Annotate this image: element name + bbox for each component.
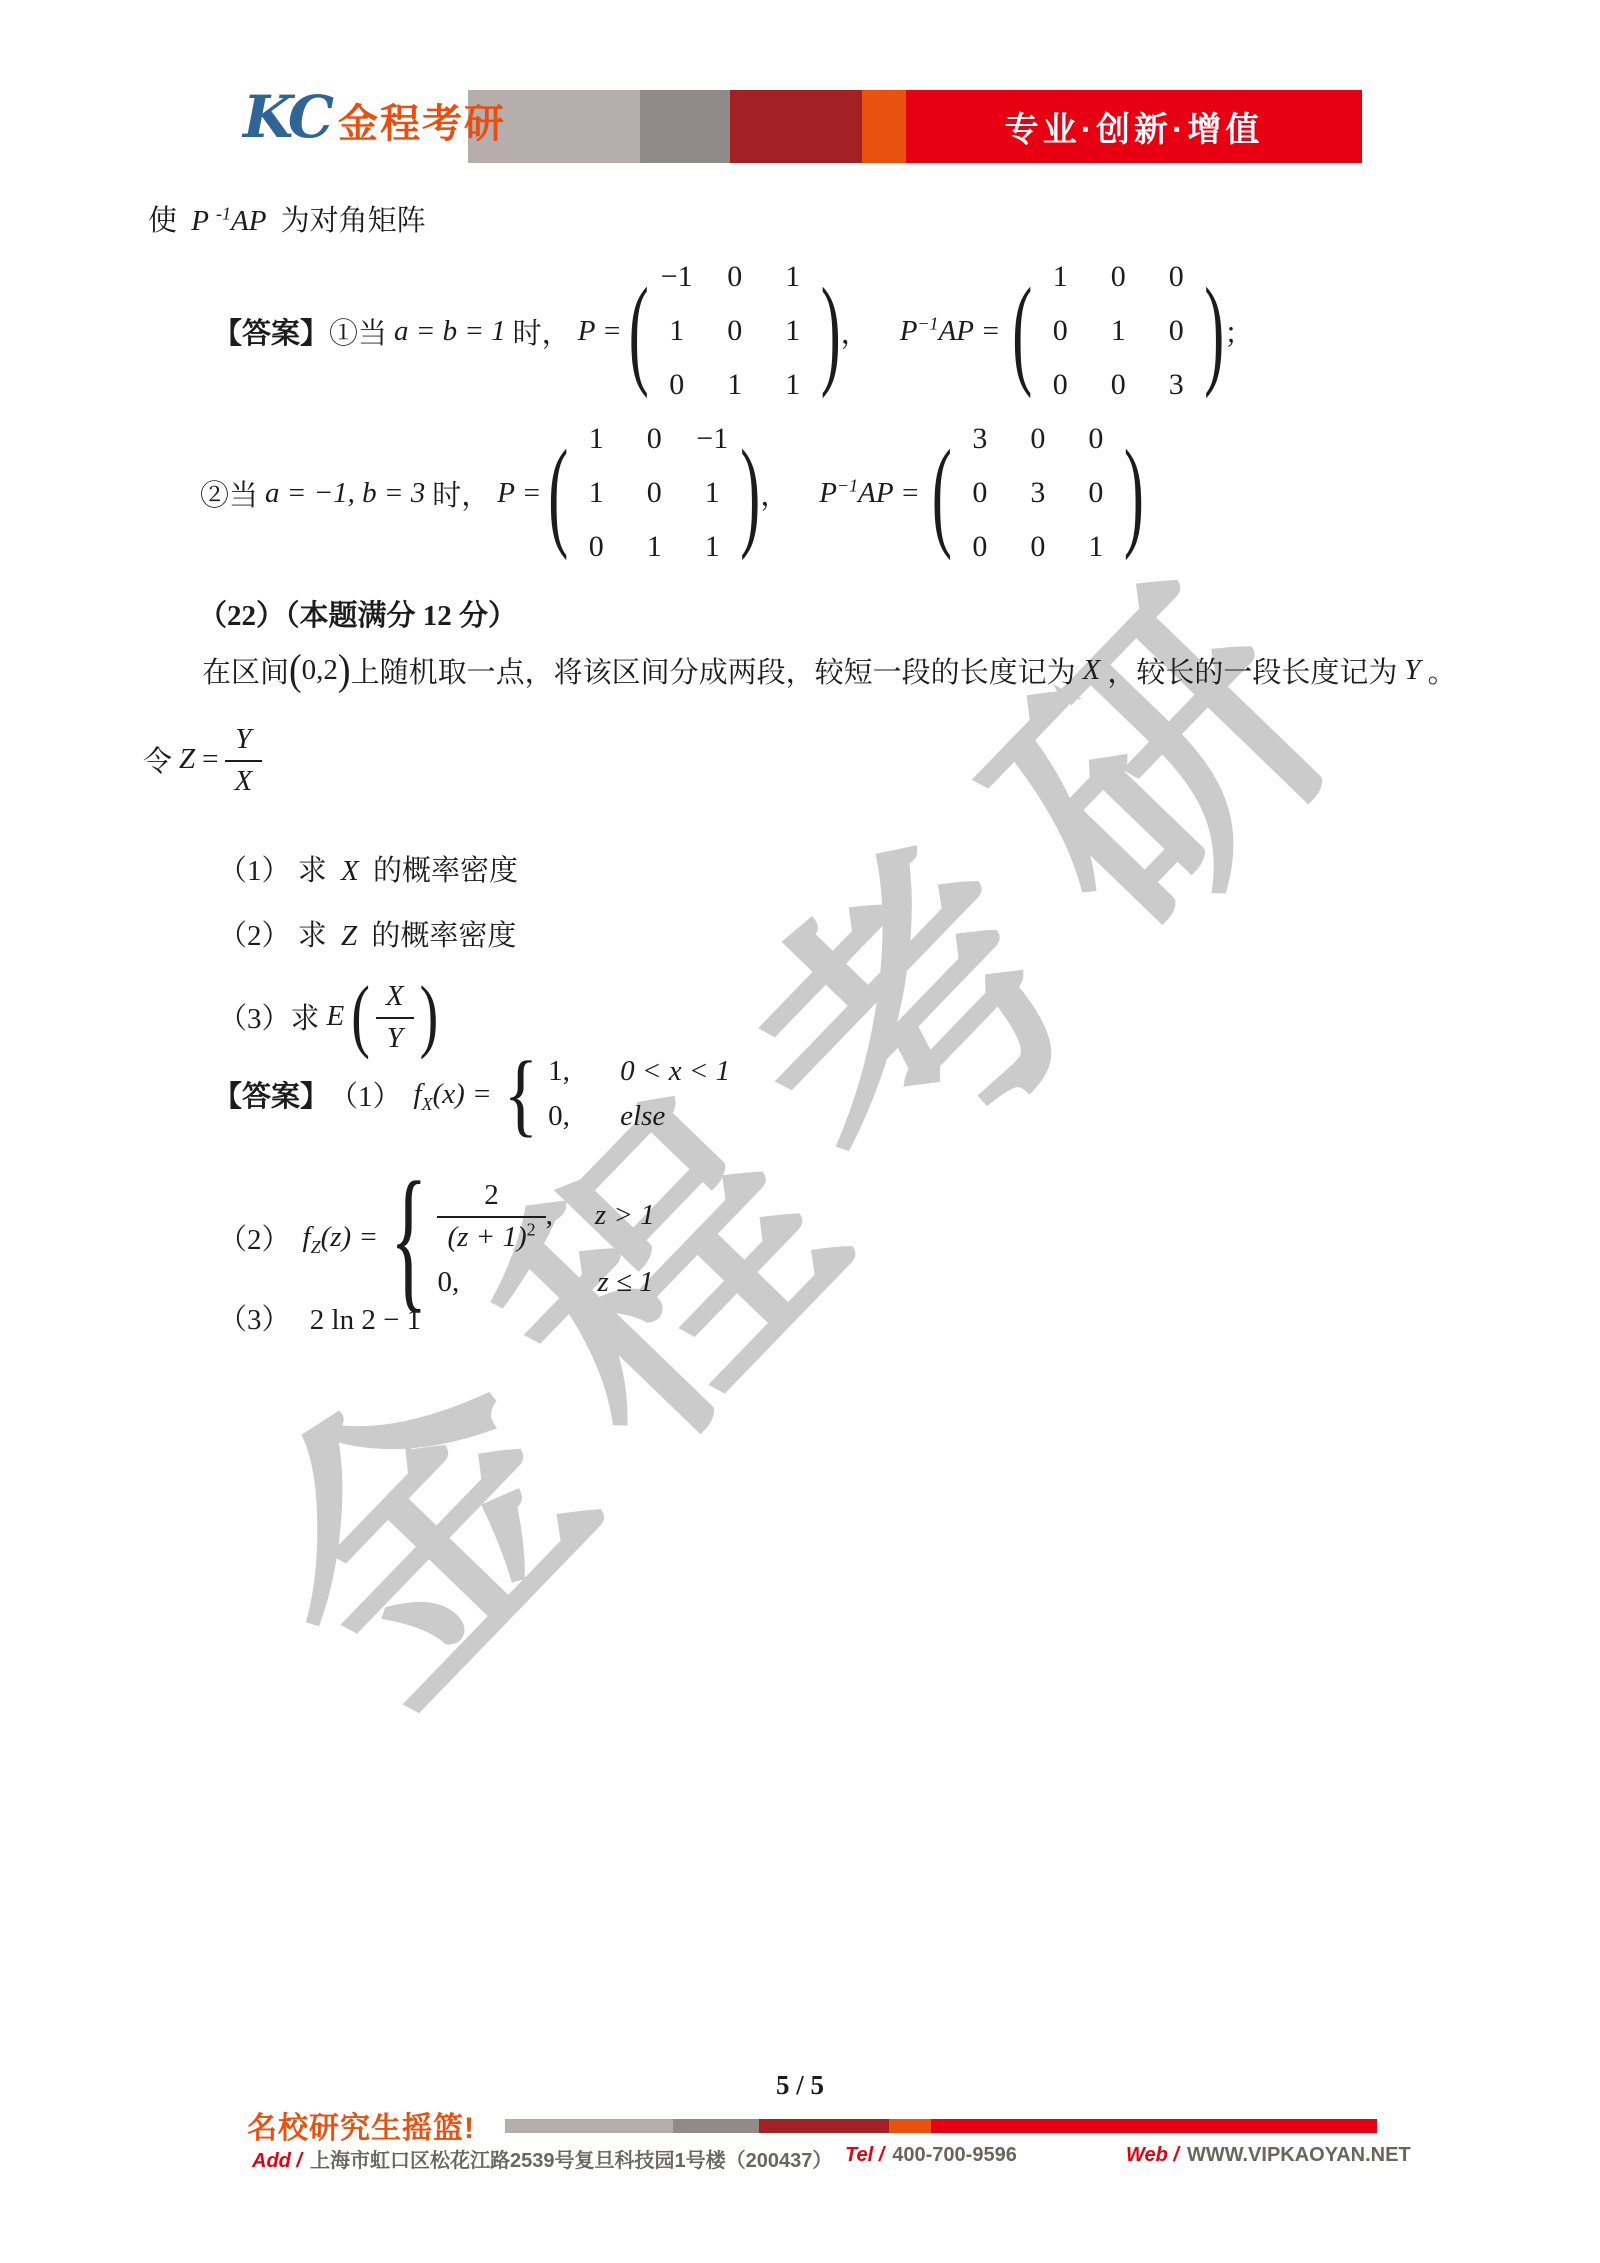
problem-part2: 上随机取一点，将该区间分成两段，较短一段的长度记为 (351, 650, 1076, 691)
q22-heading: （22）（本题满分 12 分） (198, 593, 517, 634)
fz-function: fZ(z) = (303, 1221, 379, 1254)
matrix-grid: 300030001 (952, 422, 1124, 564)
matrix-grid: 100010003 (1032, 260, 1204, 402)
math-den-exponent: 2 (527, 1219, 536, 1239)
matrix-cell: 1 (775, 368, 811, 402)
math-P: P (819, 477, 837, 509)
matrix-cell: 0 (1100, 368, 1136, 402)
telephone-label: Tel / (845, 2144, 884, 2166)
math-f: f (414, 1078, 422, 1110)
matrix-left-paren: ( (1012, 270, 1032, 393)
matrix-cell: 0 (1020, 422, 1056, 456)
matrix-cell: 1 (578, 422, 614, 456)
math-AP: AP (231, 205, 266, 237)
header-color-bar: 专业·创新·增值 (468, 90, 1362, 163)
matrix-cell: 0 (578, 530, 614, 564)
website-label: Web / (1126, 2144, 1179, 2166)
case2-lead: ②当 (200, 473, 258, 514)
interval-value: 0,2 (302, 654, 338, 687)
matrix-cell: 1 (636, 530, 672, 564)
case2-shi: 时， (432, 473, 490, 514)
answer-number: （2） (218, 1217, 291, 1258)
intro-post: 为对角矩阵 (281, 205, 426, 237)
matrix-cell: 3 (1020, 476, 1056, 510)
matrix-cell: 0 (659, 368, 695, 402)
footer-slogan: 名校研究生摇篮! (247, 2103, 475, 2147)
bar-segment-lightgray (505, 2119, 673, 2133)
item-post: 的概率密度 (371, 920, 516, 952)
kc-logo-icon: KC (243, 88, 330, 146)
interval-right-paren: ) (338, 648, 351, 692)
math-Y: Y (1404, 654, 1420, 687)
matrix-cell: 0 (636, 422, 672, 456)
header-slogan: 专业·创新·增值 (1005, 102, 1264, 151)
piecewise-fx: { 1, 0 < x < 1 0, else (504, 1055, 731, 1133)
math-f-args: (z) = (321, 1221, 378, 1253)
matrix-cell: 0 (636, 476, 672, 510)
piecewise-value: 0, (437, 1266, 597, 1299)
problem-part3: ，较长的一段长度记为 (1107, 650, 1397, 691)
matrix-right-paren: ) (1204, 270, 1224, 393)
q22-problem: 在区间 ( 0,2 ) 上随机取一点，将该区间分成两段，较短一段的长度记为 X … (202, 640, 1456, 700)
item-pre: 求 (291, 996, 320, 1037)
case1-condition: a = b = 1 (394, 315, 506, 348)
matrix-grid: 10−1101011 (568, 422, 740, 564)
matrix-cell: 1 (717, 368, 753, 402)
matrix-cell: −1 (659, 260, 695, 294)
math-AP-equals: AP = (939, 315, 1001, 347)
problem-part1: 在区间 (202, 650, 289, 691)
matrix-cell: 1 (694, 530, 730, 564)
case1-shi: 时， (513, 311, 571, 352)
piecewise-brace: { (504, 1047, 539, 1141)
math-E: E (327, 1000, 345, 1033)
telephone-value: 400-700-9596 (892, 2144, 1017, 2166)
piecewise-value: 1, (548, 1055, 620, 1088)
matrix-cell: 1 (659, 314, 695, 348)
problem-part4: 。 (1427, 650, 1456, 691)
matrix-cell: 0 (1158, 260, 1194, 294)
q22-item2: （2） 求 Z 的概率密度 (218, 913, 516, 954)
matrix-P-case1: ( −101101011 ) (629, 260, 841, 402)
footer-website: Web /WWW.VIPKAOYAN.NET (1126, 2144, 1411, 2167)
case1-P-equals: P = (578, 315, 622, 348)
matrix-right-paren: ) (1124, 432, 1144, 555)
matrix-cell: 1 (578, 476, 614, 510)
piecewise-condition: else (620, 1100, 665, 1133)
matrix-PAP-case2: ( 300030001 ) (932, 422, 1144, 564)
q21-answer-case1: 【答案】 ①当 a = b = 1 时， P = ( −101101011 ) … (213, 250, 1253, 412)
address-value: 上海市虹口区松花江路2539号复旦科技园1号楼（200437） (310, 2150, 832, 2172)
fraction-denominator: (z + 1)2 (437, 1218, 545, 1254)
item-pre: 求 (298, 855, 327, 887)
bar-segment-darkred (730, 90, 862, 163)
let-z-line: 令 Z = Y X (143, 703, 268, 815)
case1-PAP-equals: P−1AP = (900, 315, 1001, 348)
bar-segment-red: 专业·创新·增值 (906, 90, 1362, 163)
piecewise-condition: z ≤ 1 (597, 1266, 653, 1299)
math-Z: Z (179, 743, 195, 776)
math-P-exponent: -1 (216, 203, 231, 223)
piecewise-row: 0, else (548, 1100, 730, 1133)
case2-condition: a = −1, b = 3 (265, 477, 425, 510)
item-number: （3） (218, 996, 291, 1037)
matrix-cell: 1 (1078, 530, 1114, 564)
address-label: Add / (252, 2150, 302, 2172)
document-page: { "header": { "logo_kc": "KC", "logo_bra… (0, 0, 1600, 2263)
matrix-cell: −1 (694, 422, 730, 456)
fraction-numerator: 2 (437, 1177, 545, 1218)
fraction-Y-over-X: Y X (225, 721, 263, 798)
q22-item1: （1） 求 X 的概率密度 (218, 848, 518, 889)
matrix-left-paren: ( (548, 432, 568, 555)
answer-label: 【答案】 (213, 1074, 329, 1115)
footer-color-bar (505, 2119, 1377, 2133)
case2-P-equals: P = (497, 477, 541, 510)
matrix-cell: 0 (1042, 314, 1078, 348)
page-number: 5 / 5 (0, 2070, 1600, 2101)
math-X: X (341, 855, 359, 887)
matrix-cell: 0 (717, 260, 753, 294)
website-value: WWW.VIPKAOYAN.NET (1187, 2144, 1411, 2166)
math-f: f (303, 1221, 311, 1253)
matrix-P-case2: ( 10−1101011 ) (548, 422, 760, 564)
matrix-cell: 1 (694, 476, 730, 510)
intro-line: 使 P-1AP 为对角矩阵 (148, 198, 426, 239)
matrix-cell: 0 (1158, 314, 1194, 348)
matrix-cell: 1 (775, 260, 811, 294)
header-logo: KC 金程考研 (243, 88, 506, 149)
matrix-cell: 0 (1078, 422, 1114, 456)
matrix-cell: 0 (1020, 530, 1056, 564)
matrix-grid: −101101011 (649, 260, 821, 402)
piecewise-rows: 2 (z + 1)2 , z > 1 0, z ≤ 1 (437, 1177, 654, 1299)
math-P: P (191, 205, 209, 237)
matrix-left-paren: ( (629, 270, 649, 393)
matrix-cell: 0 (962, 476, 998, 510)
bar-segment-red (931, 2119, 1377, 2133)
equals-sign: = (202, 743, 218, 776)
matrix-cell: 1 (775, 314, 811, 348)
fraction-comma: , (546, 1199, 553, 1232)
q22-answer1: 【答案】 （1） fX(x) = { 1, 0 < x < 1 0, else (213, 1040, 730, 1148)
fraction-numerator: Y (225, 721, 263, 762)
matrix-cell: 0 (1100, 260, 1136, 294)
matrix-PAP-case1: ( 100010003 ) (1012, 260, 1224, 402)
case2-comma: ， (760, 473, 789, 514)
interval-left-paren: ( (289, 648, 302, 692)
piecewise-condition: 0 < x < 1 (620, 1055, 730, 1088)
item-number: （2） (218, 920, 291, 952)
math-P-exponent: −1 (837, 475, 858, 495)
math-f-subscript: X (422, 1093, 433, 1113)
answer-number: （3） (218, 1304, 291, 1336)
footer-telephone: Tel /400-700-9596 (845, 2144, 1017, 2167)
fraction-2-over-z-plus-1-squared: 2 (z + 1)2 (437, 1177, 545, 1254)
matrix-cell: 1 (1042, 260, 1078, 294)
matrix-left-paren: ( (932, 432, 952, 555)
matrix-right-paren: ) (821, 270, 841, 393)
matrix-cell: 3 (962, 422, 998, 456)
let-lead: 令 (143, 739, 172, 780)
piecewise-row: 2 (z + 1)2 , z > 1 (437, 1177, 654, 1254)
item-post: 的概率密度 (373, 855, 518, 887)
matrix-cell: 3 (1158, 368, 1194, 402)
math-X: X (1083, 654, 1101, 687)
math-f-subscript: Z (311, 1237, 321, 1257)
piecewise-row: 0, z ≤ 1 (437, 1266, 654, 1299)
matrix-cell: 1 (1100, 314, 1136, 348)
fraction-denominator: X (225, 762, 263, 798)
math-AP-equals: AP = (858, 477, 920, 509)
piecewise-value: 0, (548, 1100, 620, 1133)
bar-segment-gray (640, 90, 730, 163)
case2-PAP-equals: P−1AP = (819, 477, 920, 510)
fraction-numerator: X (376, 978, 414, 1019)
footer-address: Add /上海市虹口区松花江路2539号复旦科技园1号楼（200437） (252, 2144, 832, 2173)
bar-segment-orange (889, 2119, 931, 2133)
matrix-right-paren: ) (740, 432, 760, 555)
matrix-cell: 0 (962, 530, 998, 564)
matrix-cell: 0 (1042, 368, 1078, 402)
fx-function: fX(x) = (414, 1078, 492, 1111)
answer-number: （1） (329, 1074, 402, 1115)
bar-segment-darkred (759, 2119, 889, 2133)
piecewise-rows: 1, 0 < x < 1 0, else (548, 1055, 730, 1133)
item-pre: 求 (298, 920, 327, 952)
answer-label: 【答案】 (213, 311, 329, 352)
math-P: P (900, 315, 918, 347)
case1-lead: ①当 (329, 311, 387, 352)
piecewise-brace: { (390, 1158, 427, 1318)
piecewise-row: 1, 0 < x < 1 (548, 1055, 730, 1088)
piecewise-condition: z > 1 (595, 1199, 655, 1232)
bar-segment-orange (862, 90, 906, 163)
math-f-args: (x) = (433, 1078, 492, 1110)
brand-name: 金程考研 (338, 92, 506, 149)
piecewise-fz: { 2 (z + 1)2 , z > 1 0, z ≤ 1 (390, 1177, 655, 1299)
math-P-exponent: −1 (917, 313, 938, 333)
math-den-base: (z + 1) (447, 1221, 526, 1253)
q22-answer3: （3） 2 ln 2 − 1 (218, 1297, 421, 1338)
answer3-expression: 2 ln 2 − 1 (310, 1304, 421, 1336)
intro-pre: 使 (148, 205, 177, 237)
matrix-cell: 0 (1078, 476, 1114, 510)
case1-semicolon: ； (1224, 311, 1253, 352)
matrix-cell: 0 (717, 314, 753, 348)
math-Z: Z (341, 920, 357, 952)
bar-segment-gray (673, 2119, 759, 2133)
q21-answer-case2: ②当 a = −1, b = 3 时， P = ( 10−1101011 ) ，… (200, 412, 1144, 574)
item-number: （1） (218, 855, 291, 887)
case1-comma: ， (841, 311, 870, 352)
